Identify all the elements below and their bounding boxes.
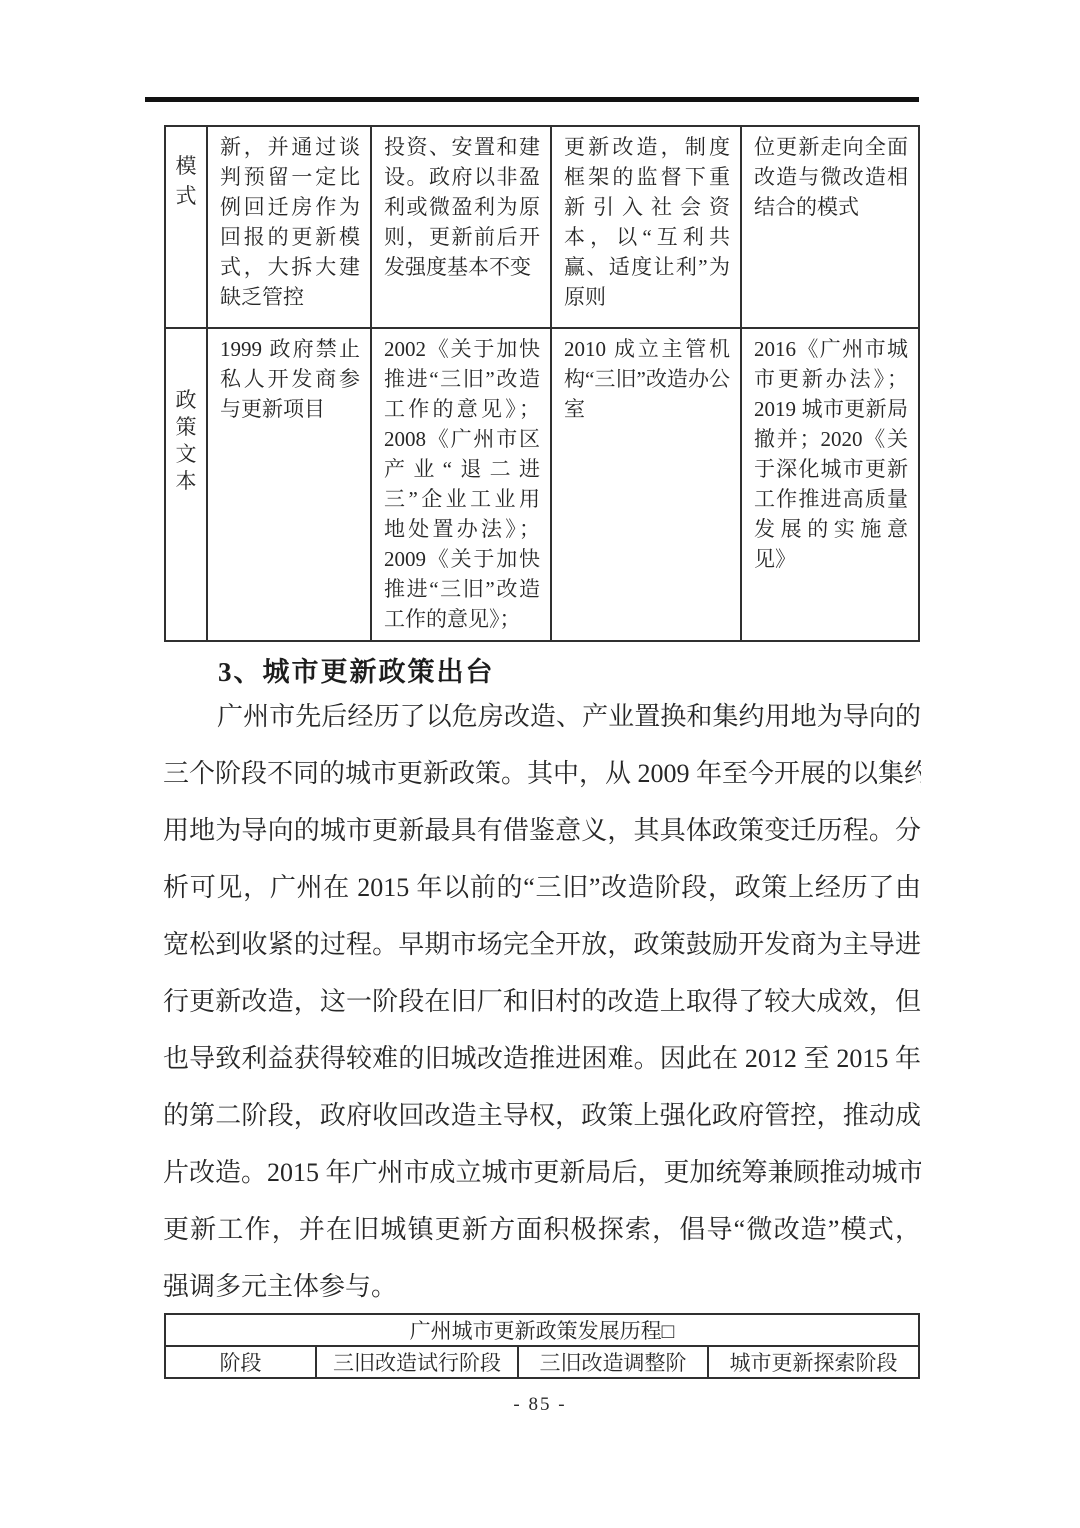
row-header-mode: 模式: [165, 126, 207, 328]
paragraph-line: 更新工作，并在旧城镇更新方面积极探索，倡导“微改造”模式，: [163, 1201, 921, 1258]
paragraph-line: 片改造。2015 年广州市成立城市更新局后，更加统筹兼顾推动城市: [163, 1144, 921, 1201]
paragraph-line: 的第二阶段，政府收回改造主导权，政策上强化政府管控，推动成: [163, 1087, 921, 1144]
table-cell: 2002《关于加快推进“三旧”改造工作的意见》；2008《广州市区产业“退二进三…: [371, 328, 551, 641]
paragraph-line: 也导致利益获得较难的旧城改造推进困难。因此在 2012 至 2015 年: [163, 1030, 921, 1087]
paragraph-line: 宽松到收紧的过程。早期市场完全开放，政策鼓励开发商为主导进: [163, 916, 921, 973]
table-title-row: 广州城市更新政策发展历程□: [165, 1314, 919, 1346]
table-cell: 投资、安置和建设。政府以非盈利或微盈利为原则，更新前后开发强度基本不变: [371, 126, 551, 328]
row-header-policy-text: 政策文本: [165, 328, 207, 641]
paragraph-line: 强调多元主体参与。: [163, 1258, 921, 1315]
paragraph-line: 行更新改造，这一阶段在旧厂和旧村的改造上取得了较大成效，但: [163, 973, 921, 1030]
paragraph-line: 析可见，广州在 2015 年以前的“三旧”改造阶段，政策上经历了由: [163, 859, 921, 916]
table-header-row: 阶段 三旧改造试行阶段 三旧改造调整阶 城市更新探索阶段: [165, 1346, 919, 1378]
table-header-cell: 三旧改造调整阶: [518, 1346, 708, 1378]
section-heading: 3、城市更新政策出台: [218, 650, 495, 689]
body-paragraph: 广州市先后经历了以危房改造、产业置换和集约用地为导向的 三个阶段不同的城市更新政…: [163, 688, 921, 1315]
policy-timeline-table: 广州城市更新政策发展历程□ 阶段 三旧改造试行阶段 三旧改造调整阶 城市更新探索…: [164, 1313, 920, 1379]
header-rule: [145, 97, 919, 102]
table-title: 广州城市更新政策发展历程□: [165, 1314, 919, 1346]
paragraph-line: 用地为导向的城市更新最具有借鉴意义，其具体政策变迁历程。分: [163, 802, 921, 859]
paragraph-line: 广州市先后经历了以危房改造、产业置换和集约用地为导向的: [163, 688, 921, 745]
page-number: - 85 -: [0, 1394, 1080, 1416]
table-cell: 1999 政府禁止私人开发商参与更新项目: [207, 328, 371, 641]
table-cell: 2010 成立主管机构“三旧”改造办公室: [551, 328, 741, 641]
table-row-policy-text: 政策文本 1999 政府禁止私人开发商参与更新项目 2002《关于加快推进“三旧…: [165, 328, 919, 641]
table-cell: 位更新走向全面改造与微改造相结合的模式: [741, 126, 919, 328]
table-header-cell: 阶段: [165, 1346, 316, 1378]
table-row-mode: 模式 新，并通过谈判预留一定比例回迁房作为回报的更新模式，大拆大建缺乏管控 投资…: [165, 126, 919, 328]
paragraph-line: 三个阶段不同的城市更新政策。其中，从 2009 年至今开展的以集约: [163, 745, 921, 802]
table-header-cell: 三旧改造试行阶段: [316, 1346, 518, 1378]
table-cell: 更新改造，制度框架的监督下重新引入社会资本，以“互利共赢、适度让利”为原则: [551, 126, 741, 328]
policy-comparison-table: 模式 新，并通过谈判预留一定比例回迁房作为回报的更新模式，大拆大建缺乏管控 投资…: [164, 125, 920, 642]
table-cell: 新，并通过谈判预留一定比例回迁房作为回报的更新模式，大拆大建缺乏管控: [207, 126, 371, 328]
table-header-cell: 城市更新探索阶段: [708, 1346, 919, 1378]
table-cell: 2016《广州市城市更新办法》；2019 城市更新局撤并；2020《关于深化城市…: [741, 328, 919, 641]
